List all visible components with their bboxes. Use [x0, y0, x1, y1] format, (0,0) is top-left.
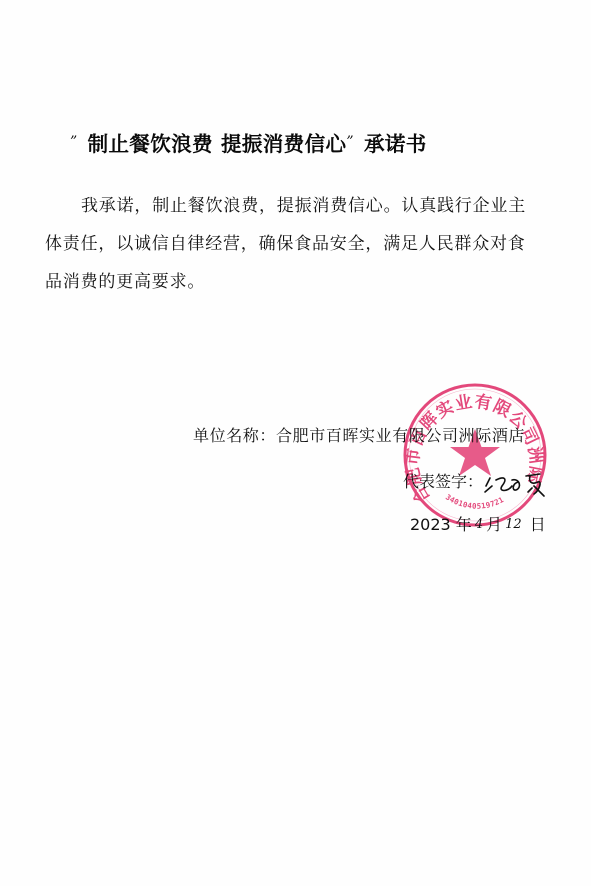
unit-label: 单位名称：: [193, 426, 276, 445]
date-month: 4: [472, 517, 486, 532]
date-year-suffix: 年: [451, 515, 472, 534]
body-line-2: 体责任，以诚信自律经营，确保食品安全，满足人民群众对食: [45, 225, 525, 263]
sign-date: 2023 年4月12 日: [410, 512, 546, 535]
close-quote: ”: [346, 134, 354, 150]
date-day-suffix: 日: [525, 515, 546, 534]
unit-name-line: 单位名称：合肥市百晖实业有限公司洲际酒店: [193, 423, 525, 446]
official-seal-stamp-icon: 合肥市百晖实业有限公司洲际酒店 3401040519721: [401, 381, 549, 529]
title-part-1: 制止餐饮浪费: [88, 132, 213, 156]
title-part-3: 承诺书: [364, 132, 427, 156]
open-quote: ”: [70, 134, 78, 150]
date-month-suffix: 月: [486, 515, 502, 534]
document-title: ”制止餐饮浪费提振消费信心”承诺书: [70, 127, 520, 157]
document-page: ”制止餐饮浪费提振消费信心”承诺书 我承诺，制止餐饮浪费，提振消费信心。认真践行…: [0, 0, 591, 886]
pledge-body: 我承诺，制止餐饮浪费，提振消费信心。认真践行企业主 体责任，以诚信自律经营，确保…: [45, 187, 525, 301]
signature-label: 代表签字：: [403, 472, 483, 491]
date-year: 2023: [410, 515, 451, 534]
body-line-1: 我承诺，制止餐饮浪费，提振消费信心。认真践行企业主: [45, 187, 525, 225]
signature-line: 代表签字：: [403, 469, 483, 492]
body-line-3: 品消费的更高要求。: [45, 263, 525, 301]
handwritten-signature-icon: [482, 464, 552, 500]
title-part-2: 提振消费信心: [221, 132, 346, 156]
date-day: 12: [502, 517, 525, 532]
unit-name: 合肥市百晖实业有限公司洲际酒店: [276, 426, 525, 445]
